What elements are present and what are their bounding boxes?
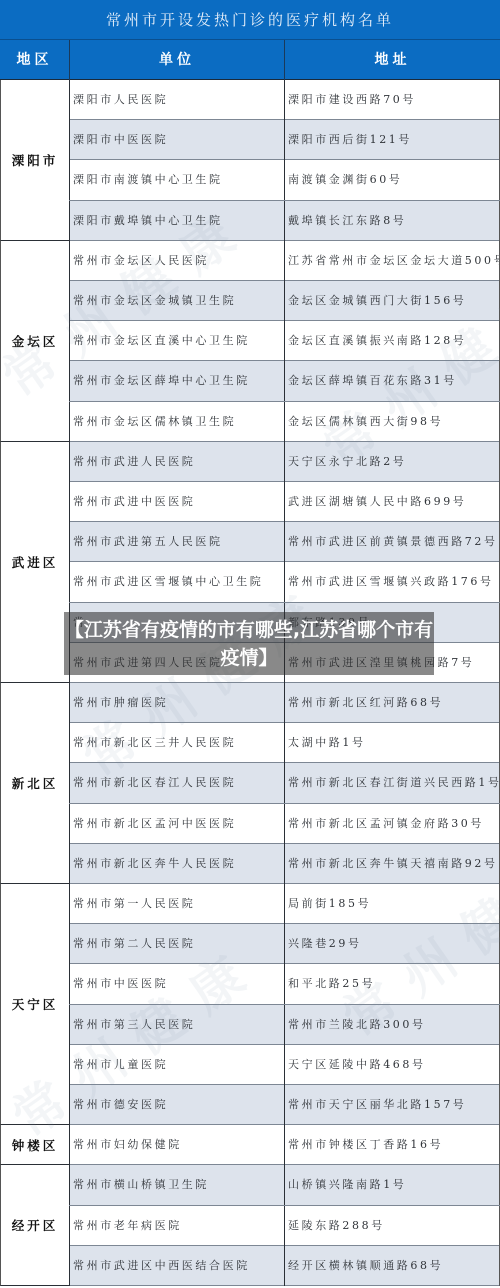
table-title: 常州市开设发热门诊的医疗机构名单 xyxy=(0,0,500,40)
region-cell: 武进区 xyxy=(0,442,69,683)
table-row: 常州市儿童医院天宁区延陵中路468号 xyxy=(69,1045,500,1085)
region-cell: 天宁区 xyxy=(0,884,69,1125)
table-row: 常州市第二人民医院兴隆巷29号 xyxy=(69,924,500,964)
address-cell: 金坛区儒林镇西大街98号 xyxy=(284,402,500,442)
address-cell: 武进区湖塘镇人民中路699号 xyxy=(284,482,500,522)
table-row: 常州市金坛区直溪中心卫生院金坛区直溪镇振兴南路128号 xyxy=(69,321,500,361)
table-row: 常州市第三人民医院常州市兰陵北路300号 xyxy=(69,1005,500,1045)
address-cell: 常州市武进区前黄镇景德西路72号 xyxy=(284,522,500,562)
unit-cell: 常州市第二人民医院 xyxy=(69,924,284,964)
address-cell: 金坛区金城镇西门大街156号 xyxy=(284,281,500,321)
table-row: 溧阳市戴埠镇中心卫生院戴埠镇长江东路8号 xyxy=(69,201,500,241)
unit-cell: 常州市中医医院 xyxy=(69,964,284,1004)
address-cell: 常州市天宁区丽华北路157号 xyxy=(284,1085,500,1125)
unit-cell: 常州市横山桥镇卫生院 xyxy=(69,1165,284,1205)
unit-cell: 常州市新北区春江人民医院 xyxy=(69,763,284,803)
address-cell: 江苏省常州市金坛区金坛大道500号 xyxy=(284,241,500,281)
address-cell: 延陵东路288号 xyxy=(284,1206,500,1246)
address-cell: 金坛区薛埠镇百花东路31号 xyxy=(284,361,500,401)
address-cell: 金坛区直溪镇振兴南路128号 xyxy=(284,321,500,361)
region-cell: 钟楼区 xyxy=(0,1125,69,1165)
table-row: 常州市金坛区人民医院江苏省常州市金坛区金坛大道500号 xyxy=(69,241,500,281)
table-row: 常州市武进区中西医结合医院经开区横林镇顺通路68号 xyxy=(69,1246,500,1286)
unit-cell: 常州市老年病医院 xyxy=(69,1206,284,1246)
table-row: 常州市新北区春江人民医院常州市新北区春江街道兴民西路1号 xyxy=(69,763,500,803)
address-cell: 天宁区延陵中路468号 xyxy=(284,1045,500,1085)
region-cell: 金坛区 xyxy=(0,241,69,442)
unit-cell: 溧阳市南渡镇中心卫生院 xyxy=(69,160,284,200)
address-cell: 常州市钟楼区丁香路16号 xyxy=(284,1125,500,1165)
unit-cell: 常州市德安医院 xyxy=(69,1085,284,1125)
address-cell: 溧阳市建设西路70号 xyxy=(284,80,500,120)
unit-cell: 常州市武进人民医院 xyxy=(69,442,284,482)
unit-cell: 常州市金坛区金城镇卫生院 xyxy=(69,281,284,321)
address-cell: 和平北路25号 xyxy=(284,964,500,1004)
header-region: 地区 xyxy=(0,40,69,80)
region-label: 武进区 xyxy=(12,553,59,571)
table-row: 溧阳市人民医院溧阳市建设西路70号 xyxy=(69,80,500,120)
table-row: 常州市新北区三井人民医院太湖中路1号 xyxy=(69,723,500,763)
table-row: 常州市武进第五人民医院常州市武进区前黄镇景德西路72号 xyxy=(69,522,500,562)
unit-cell: 常州市武进第五人民医院 xyxy=(69,522,284,562)
unit-cell: 常州市武进区雪堰镇中心卫生院 xyxy=(69,562,284,602)
region-cell: 经开区 xyxy=(0,1165,69,1286)
address-cell: 常州市新北区春江街道兴民西路1号 xyxy=(284,763,500,803)
region-label: 钟楼区 xyxy=(12,1136,59,1154)
unit-cell: 常州市第一人民医院 xyxy=(69,884,284,924)
table-row: 常州市金坛区金城镇卫生院金坛区金城镇西门大街156号 xyxy=(69,281,500,321)
region-label: 金坛区 xyxy=(12,332,59,350)
address-cell: 南渡镇金渊街60号 xyxy=(284,160,500,200)
unit-cell: 常州市武进中医医院 xyxy=(69,482,284,522)
unit-cell: 常州市金坛区儒林镇卫生院 xyxy=(69,402,284,442)
table-row: 常州市横山桥镇卫生院山桥镇兴隆南路1号 xyxy=(69,1165,500,1205)
table-row: 常州市老年病医院延陵东路288号 xyxy=(69,1206,500,1246)
table-row: 溧阳市南渡镇中心卫生院南渡镇金渊街60号 xyxy=(69,160,500,200)
unit-cell: 常州市金坛区薛埠中心卫生院 xyxy=(69,361,284,401)
region-label: 天宁区 xyxy=(12,995,59,1013)
address-cell: 常州市武进区雪堰镇兴政路176号 xyxy=(284,562,500,602)
unit-cell: 常州市肿瘤医院 xyxy=(69,683,284,723)
unit-cell: 常州市新北区三井人民医院 xyxy=(69,723,284,763)
table-row: 常州市武进区雪堰镇中心卫生院常州市武进区雪堰镇兴政路176号 xyxy=(69,562,500,602)
address-cell: 经开区横林镇顺通路68号 xyxy=(284,1246,500,1286)
unit-cell: 溧阳市人民医院 xyxy=(69,80,284,120)
address-cell: 局前街185号 xyxy=(284,884,500,924)
region-cell: 溧阳市 xyxy=(0,80,69,241)
address-cell: 山桥镇兴隆南路1号 xyxy=(284,1165,500,1205)
unit-cell: 常州市武进区中西医结合医院 xyxy=(69,1246,284,1286)
table-row: 常州市第一人民医院局前街185号 xyxy=(69,884,500,924)
address-cell: 太湖中路1号 xyxy=(284,723,500,763)
unit-cell: 常州市金坛区直溪中心卫生院 xyxy=(69,321,284,361)
unit-cell: 溧阳市戴埠镇中心卫生院 xyxy=(69,201,284,241)
unit-cell: 溧阳市中医医院 xyxy=(69,120,284,160)
article-title-overlay: 【江苏省有疫情的市有哪些,江苏省哪个市有疫情】 xyxy=(64,612,434,675)
region-cell: 新北区 xyxy=(0,683,69,884)
address-cell: 常州市新北区奔牛镇天禧南路92号 xyxy=(284,844,500,884)
table-row: 常州市武进人民医院天宁区永宁北路2号 xyxy=(69,442,500,482)
table-row: 常州市新北区孟河中医医院常州市新北区孟河镇金府路30号 xyxy=(69,804,500,844)
table-row: 常州市中医医院和平北路25号 xyxy=(69,964,500,1004)
address-cell: 兴隆巷29号 xyxy=(284,924,500,964)
table-body: 溧阳市溧阳市人民医院溧阳市建设西路70号溧阳市中医医院溧阳市西后街121号溧阳市… xyxy=(0,80,500,1288)
table-row: 常州市金坛区儒林镇卫生院金坛区儒林镇西大街98号 xyxy=(69,402,500,442)
unit-cell: 常州市儿童医院 xyxy=(69,1045,284,1085)
table-row: 常州市德安医院常州市天宁区丽华北路157号 xyxy=(69,1085,500,1125)
address-cell: 常州市兰陵北路300号 xyxy=(284,1005,500,1045)
address-cell: 常州市新北区孟河镇金府路30号 xyxy=(284,804,500,844)
table-row: 溧阳市中医医院溧阳市西后街121号 xyxy=(69,120,500,160)
table-row: 常州市妇幼保健院常州市钟楼区丁香路16号 xyxy=(69,1125,500,1165)
unit-cell: 常州市新北区奔牛人民医院 xyxy=(69,844,284,884)
region-label: 经开区 xyxy=(12,1216,59,1234)
header-address: 地址 xyxy=(284,40,500,80)
table-row: 常州市肿瘤医院常州市新北区红河路68号 xyxy=(69,683,500,723)
address-cell: 戴埠镇长江东路8号 xyxy=(284,201,500,241)
table-header-row: 地区 单位 地址 xyxy=(0,40,500,80)
region-label: 溧阳市 xyxy=(12,151,59,169)
region-label: 新北区 xyxy=(12,774,59,792)
table-row: 常州市金坛区薛埠中心卫生院金坛区薛埠镇百花东路31号 xyxy=(69,361,500,401)
address-cell: 天宁区永宁北路2号 xyxy=(284,442,500,482)
table-row: 常州市新北区奔牛人民医院常州市新北区奔牛镇天禧南路92号 xyxy=(69,844,500,884)
table-row: 常州市武进中医医院武进区湖塘镇人民中路699号 xyxy=(69,482,500,522)
address-cell: 溧阳市西后街121号 xyxy=(284,120,500,160)
unit-cell: 常州市新北区孟河中医医院 xyxy=(69,804,284,844)
address-cell: 常州市新北区红河路68号 xyxy=(284,683,500,723)
hospital-list-table: 常州市开设发热门诊的医疗机构名单 地区 单位 地址 溧阳市溧阳市人民医院溧阳市建… xyxy=(0,0,500,1288)
unit-cell: 常州市金坛区人民医院 xyxy=(69,241,284,281)
unit-cell: 常州市第三人民医院 xyxy=(69,1005,284,1045)
header-unit: 单位 xyxy=(69,40,284,80)
unit-cell: 常州市妇幼保健院 xyxy=(69,1125,284,1165)
